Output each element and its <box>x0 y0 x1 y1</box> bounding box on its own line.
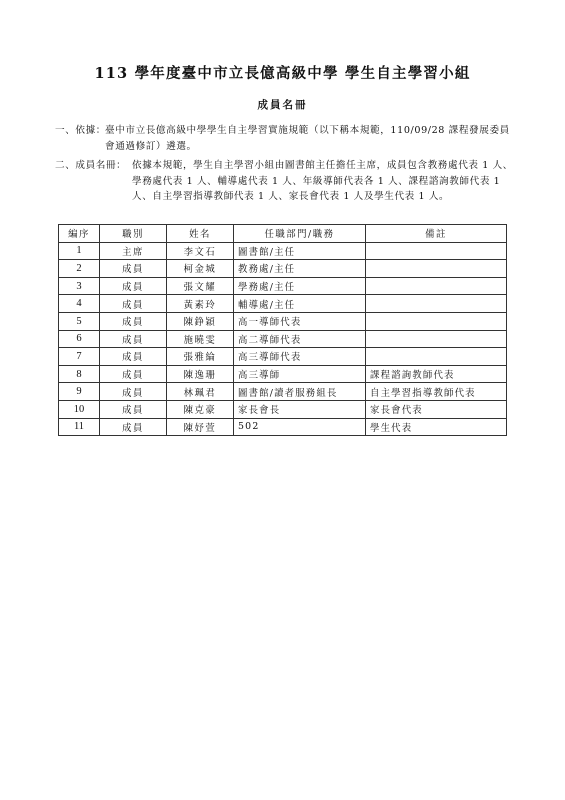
cell-no: 6 <box>59 330 100 348</box>
cell-note <box>366 348 507 366</box>
cell-note: 學生代表 <box>366 418 507 436</box>
cell-dept: 502 <box>234 418 366 436</box>
cell-note <box>366 260 507 278</box>
cell-role: 成員 <box>100 365 167 383</box>
cell-role: 成員 <box>100 295 167 313</box>
table-row: 2成員柯金城教務處/主任 <box>59 260 507 278</box>
cell-name: 張雅綸 <box>167 348 234 366</box>
table-row: 9成員林珮君圖書館/讀者服務組長自主學習指導教師代表 <box>59 383 507 401</box>
cell-note <box>366 277 507 295</box>
header-role: 職別 <box>100 225 167 243</box>
cell-no: 5 <box>59 312 100 330</box>
cell-name: 黃素玲 <box>167 295 234 313</box>
cell-dept: 圖書館/讀者服務組長 <box>234 383 366 401</box>
cell-dept: 高二導師代表 <box>234 330 366 348</box>
section-roster: 二、成員名冊： 依據本規範，學生自主學習小組由圖書館主任擔任主席，成員包含教務處… <box>55 158 515 205</box>
cell-no: 10 <box>59 400 100 418</box>
header-name: 姓名 <box>167 225 234 243</box>
table-row: 7成員張雅綸高三導師代表 <box>59 348 507 366</box>
cell-no: 1 <box>59 242 100 260</box>
header-dept: 任職部門/職務 <box>234 225 366 243</box>
section-basis-label: 一、依據： <box>55 123 106 139</box>
cell-no: 4 <box>59 295 100 313</box>
table-row: 11成員陳妤萱502學生代表 <box>59 418 507 436</box>
cell-no: 8 <box>59 365 100 383</box>
cell-dept: 教務處/主任 <box>234 260 366 278</box>
section-roster-text: 依據本規範，學生自主學習小組由圖書館主任擔任主席，成員包含教務處代表 1 人、學… <box>132 158 515 205</box>
cell-role: 成員 <box>100 418 167 436</box>
document-subtitle: 成員名冊 <box>0 97 565 112</box>
cell-name: 柯金城 <box>167 260 234 278</box>
section-basis: 一、依據： 臺中市立長億高級中學學生自主學習實施規範（以下稱本規範，110/09… <box>55 123 515 154</box>
cell-note <box>366 242 507 260</box>
cell-role: 成員 <box>100 260 167 278</box>
cell-name: 陳克豪 <box>167 400 234 418</box>
cell-note: 家長會代表 <box>366 400 507 418</box>
table-row: 6成員施曉雯高二導師代表 <box>59 330 507 348</box>
header-no: 編序 <box>59 225 100 243</box>
cell-name: 施曉雯 <box>167 330 234 348</box>
cell-note: 課程諮詢教師代表 <box>366 365 507 383</box>
cell-no: 11 <box>59 418 100 436</box>
cell-no: 9 <box>59 383 100 401</box>
cell-role: 成員 <box>100 348 167 366</box>
cell-dept: 學務處/主任 <box>234 277 366 295</box>
cell-name: 李文石 <box>167 242 234 260</box>
header-note: 備註 <box>366 225 507 243</box>
cell-dept: 圖書館/主任 <box>234 242 366 260</box>
cell-role: 成員 <box>100 277 167 295</box>
cell-role: 成員 <box>100 400 167 418</box>
cell-note <box>366 312 507 330</box>
cell-name: 林珮君 <box>167 383 234 401</box>
cell-dept: 輔導處/主任 <box>234 295 366 313</box>
table-header-row: 編序 職別 姓名 任職部門/職務 備註 <box>59 225 507 243</box>
section-basis-text: 臺中市立長億高級中學學生自主學習實施規範（以下稱本規範，110/09/28 課程… <box>105 123 515 154</box>
cell-role: 成員 <box>100 383 167 401</box>
cell-no: 3 <box>59 277 100 295</box>
document-title: 113 學年度臺中市立長億高級中學 學生自主學習小組 <box>0 62 565 83</box>
cell-dept: 高三導師代表 <box>234 348 366 366</box>
cell-role: 成員 <box>100 312 167 330</box>
cell-no: 7 <box>59 348 100 366</box>
cell-role: 主席 <box>100 242 167 260</box>
cell-name: 陳逸珊 <box>167 365 234 383</box>
cell-note <box>366 330 507 348</box>
cell-note <box>366 295 507 313</box>
table-row: 8成員陳逸珊高三導師課程諮詢教師代表 <box>59 365 507 383</box>
table-row: 10成員陳克豪家長會長家長會代表 <box>59 400 507 418</box>
table-row: 1主席李文石圖書館/主任 <box>59 242 507 260</box>
cell-dept: 高一導師代表 <box>234 312 366 330</box>
table-row: 5成員陳錚穎高一導師代表 <box>59 312 507 330</box>
section-roster-label: 二、成員名冊： <box>55 158 126 174</box>
cell-no: 2 <box>59 260 100 278</box>
cell-name: 陳妤萱 <box>167 418 234 436</box>
cell-note: 自主學習指導教師代表 <box>366 383 507 401</box>
cell-name: 張文耀 <box>167 277 234 295</box>
member-table: 編序 職別 姓名 任職部門/職務 備註 1主席李文石圖書館/主任2成員柯金城教務… <box>58 224 507 436</box>
cell-dept: 高三導師 <box>234 365 366 383</box>
cell-name: 陳錚穎 <box>167 312 234 330</box>
table-row: 3成員張文耀學務處/主任 <box>59 277 507 295</box>
table-row: 4成員黃素玲輔導處/主任 <box>59 295 507 313</box>
cell-dept: 家長會長 <box>234 400 366 418</box>
cell-role: 成員 <box>100 330 167 348</box>
